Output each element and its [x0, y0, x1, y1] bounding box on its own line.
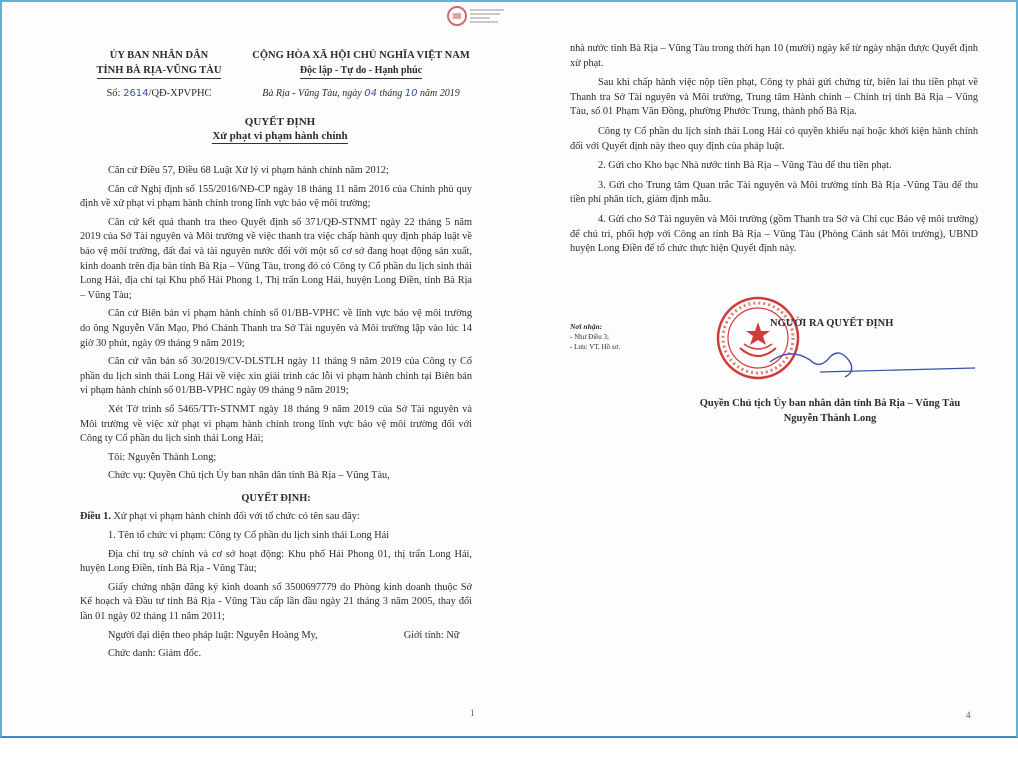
legal-rep-position: Chức danh: Giám đốc. [80, 647, 472, 662]
national-title: CỘNG HÒA XÃ HỘI CHỦ NGHĨA VIỆT NAM [242, 48, 480, 63]
article-1-label: Điều 1. [80, 511, 111, 522]
appeal-rights: Công ty Cổ phần du lịch sinh thái Long H… [570, 125, 978, 154]
legal-basis-paragraph: Căn cứ Biên bản vi phạm hành chính số 01… [80, 307, 472, 351]
document-subtitle: Xử phạt vi phạm hành chính [212, 129, 347, 144]
document-viewer-frame: ỦY BAN NHÂN DÂN TỈNH BÀ RỊA-VŨNG TÀU CỘN… [0, 0, 1018, 738]
article-1: Điều 1. Xử phạt vi phạm hành chính đối v… [80, 510, 472, 525]
national-header: CỘNG HÒA XÃ HỘI CHỦ NGHĨA VIỆT NAM Độc l… [242, 48, 480, 79]
recipients-label: Nơi nhận: [570, 322, 700, 332]
document-number: Số: 2614/QĐ-XPVPHC [80, 88, 238, 99]
date-mid: tháng [379, 88, 402, 99]
issuer-position: Chức vụ: Quyền Chủ tịch Ủy ban nhân dân … [80, 469, 472, 484]
recipients-block: Nơi nhận: - Như Điều 3; - Lưu: VT, Hồ sơ… [570, 322, 700, 352]
article-1-text: Xử phạt vi phạm hành chính đối với tổ ch… [113, 511, 359, 522]
date-day: 04 [364, 88, 377, 99]
national-motto: Độc lập - Tự do - Hạnh phúc [300, 63, 422, 79]
signer-name: Nguyễn Thành Long [680, 411, 980, 426]
document-title: QUYẾT ĐỊNH [80, 115, 480, 129]
legal-representative: Người đại diện theo pháp luật: Nguyễn Ho… [80, 629, 472, 644]
doc-number-handwritten: 2614 [123, 88, 148, 99]
date-suffix: năm 2019 [420, 88, 460, 99]
doc-number-suffix: /QĐ-XPVPHC [149, 88, 212, 99]
legal-basis-paragraph: Căn cứ văn bản số 30/2019/CV-DLSTLH ngày… [80, 355, 472, 399]
recipient-item: - Lưu: VT, Hồ sơ. [570, 342, 700, 352]
document-title-block: QUYẾT ĐỊNH Xử phạt vi phạm hành chính [80, 115, 480, 144]
legal-rep-name: Người đại diện theo pháp luật: Nguyễn Ho… [108, 630, 318, 641]
business-registration: Giấy chứng nhận đăng ký kinh doanh số 35… [80, 581, 472, 625]
legal-basis-paragraph: Căn cứ Điều 57, Điều 68 Luật Xử lý vi ph… [80, 164, 472, 179]
page-number-right: 4 [966, 710, 971, 720]
doc-number-prefix: Số: [106, 88, 120, 99]
document-date: Bà Rịa - Vũng Tàu, ngày 04 tháng 10 năm … [242, 88, 480, 99]
date-month: 10 [405, 88, 418, 99]
distribution-item-2: 2. Gửi cho Kho bạc Nhà nước tỉnh Bà Rịa … [570, 159, 978, 174]
authority-line2: TỈNH BÀ RỊA-VŨNG TÀU [97, 63, 222, 79]
legal-basis-paragraph: Căn cứ kết quả thanh tra theo Quyết định… [80, 216, 472, 304]
legal-rep-gender: Giới tính: Nữ [376, 629, 460, 644]
date-prefix: Bà Rịa - Vũng Tàu, ngày [262, 88, 361, 99]
distribution-item-3: 3. Gửi cho Trung tâm Quan trắc Tài nguyê… [570, 179, 978, 208]
violator-name: 1. Tên tổ chức vi phạm: Công ty Cổ phần … [80, 529, 472, 544]
distribution-item-4: 4. Gửi cho Sở Tài nguyên và Môi trường (… [570, 213, 978, 257]
issuing-authority: ỦY BAN NHÂN DÂN TỈNH BÀ RỊA-VŨNG TÀU [80, 48, 238, 79]
page-1-body: Căn cứ Điều 57, Điều 68 Luật Xử lý vi ph… [80, 164, 472, 666]
page-4-body: nhà nước tỉnh Bà Rịa – Vũng Tàu trong th… [570, 42, 978, 262]
handwritten-signature-icon [760, 342, 980, 382]
legal-basis-paragraph: Xét Tờ trình số 5465/TTr-STNMT ngày 18 t… [80, 403, 472, 447]
payment-deadline: nhà nước tỉnh Bà Rịa – Vũng Tàu trong th… [570, 42, 978, 71]
digital-signature-stamp-icon [446, 5, 530, 27]
authority-line1: ỦY BAN NHÂN DÂN [80, 48, 238, 63]
signer-block: Quyền Chủ tịch Ủy ban nhân dân tỉnh Bà R… [680, 396, 980, 426]
signer-heading: NGƯỜI RA QUYẾT ĐỊNH [770, 318, 893, 329]
page-number-left: 1 [470, 708, 475, 718]
issuer-name: Tôi: Nguyễn Thành Long; [80, 451, 472, 466]
decision-heading: QUYẾT ĐỊNH: [80, 492, 472, 507]
signer-role: Quyền Chủ tịch Ủy ban nhân dân tỉnh Bà R… [680, 396, 980, 411]
recipient-item: - Như Điều 3; [570, 332, 700, 342]
violator-address: Địa chỉ trụ sở chính và cơ sở hoạt động:… [80, 548, 472, 577]
legal-basis-paragraph: Căn cứ Nghị định số 155/2016/NĐ-CP ngày … [80, 183, 472, 212]
receipt-instructions: Sau khi chấp hành việc nộp tiền phạt, Cô… [570, 76, 978, 120]
